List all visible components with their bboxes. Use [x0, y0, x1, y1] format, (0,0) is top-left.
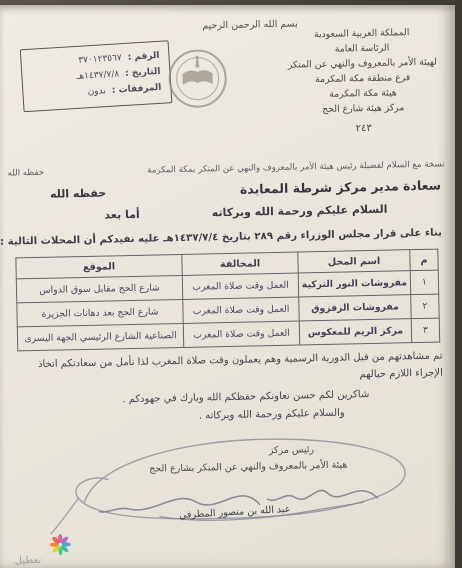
cell-violation: العمل وقت صلاة المغرب [182, 273, 298, 299]
addressee-text: سعادة مدير مركز شرطة المعابدة [240, 178, 441, 197]
cell-violation: العمل وقت صلاة المغرب [183, 321, 299, 347]
closing-line: والسلام عليكم ورحمة الله وبركاته . [199, 408, 345, 422]
salutation-suffix: أما بعد [104, 208, 139, 222]
letter-content: بسم الله الرحمن الرحيم المملكة العربية ا… [0, 0, 461, 568]
signature-title-line1: رئيس مركز [241, 444, 341, 457]
cell-violation: العمل وقت صلاة المغرب [183, 297, 299, 323]
cell-location: شارع الحج مقابل سوق الدواس [16, 275, 182, 302]
cell-shop-name: مفروشات الزفزوق [299, 295, 411, 321]
copy-note-text: نسخة مع السلام لفضيلة رئيس هيئة الأمر با… [147, 159, 444, 175]
cell-shop-name: مفروشات النور التركية [298, 271, 410, 297]
header-violation: المخالفة [182, 252, 298, 275]
salutation-line: السلام عليكم ورحمة الله وبركاته أما بعد [104, 203, 387, 222]
addressee-suffix: حفظه الله [50, 187, 106, 201]
cell-shop-name: مركز الريم للمعكوس [299, 319, 411, 345]
observation-paragraph: تم مشاهدتهم من قبل الدورية الرسمية وهم ي… [31, 348, 443, 391]
letterhead: المملكة العربية السعودية الرئاسة العامة … [282, 24, 444, 137]
cell-num: ٢ [411, 294, 439, 319]
letterhead-line: مركز هيئة شارع الحج [283, 99, 443, 117]
commission-seal-icon [165, 46, 230, 111]
header-num: م [410, 249, 438, 271]
ref-attachments-label: المرفقات : [111, 80, 162, 99]
copy-note-line: نسخة مع السلام لفضيلة رئيس هيئة الأمر با… [7, 159, 444, 178]
cell-num: ١ [410, 270, 438, 295]
reference-box: الرقم : ٣٧٠١٢٣٥٦٧ التاريخ : ١٤٣٧/٧/٨هـ ا… [20, 40, 173, 112]
header-shop-name: اسم المحل [298, 250, 410, 273]
paper-sheet: بسم الله الرحمن الرحيم المملكة العربية ا… [0, 5, 455, 568]
cell-num: ٣ [411, 318, 439, 343]
pinwheel-icon [48, 532, 72, 556]
handwritten-page-number: ٢٤٣ [284, 119, 444, 137]
signature-scribble [89, 476, 390, 528]
watermark-label: تعطيل [15, 554, 73, 566]
copy-note-suffix: حفظه الله [7, 168, 44, 179]
violations-table: م اسم المحل المخالفة الموقع ١ مفروشات ال… [15, 249, 440, 352]
salutation-text: السلام عليكم ورحمة الله وبركاته [212, 203, 388, 220]
cell-location: شارع الحج بعد دهانات الجزيرة [17, 299, 183, 326]
ref-attachments-value: بدون [87, 83, 106, 100]
addressee-line: سعادة مدير مركز شرطة المعابدة حفظه الله [50, 178, 441, 201]
intro-line: بناء على قرار مجلس الوزراء رقم ٢٨٩ بتاري… [9, 227, 442, 247]
watermark: تعطيل [14, 532, 73, 566]
scanned-letter-photo: بسم الله الرحمن الرحيم المملكة العربية ا… [0, 0, 462, 568]
thanks-line: شاكرين لكم حسن تعاونكم حفظكم الله وبارك … [122, 389, 369, 405]
cell-location: الصناعية الشارع الرئيسي الجهة اليسرى [17, 323, 183, 350]
